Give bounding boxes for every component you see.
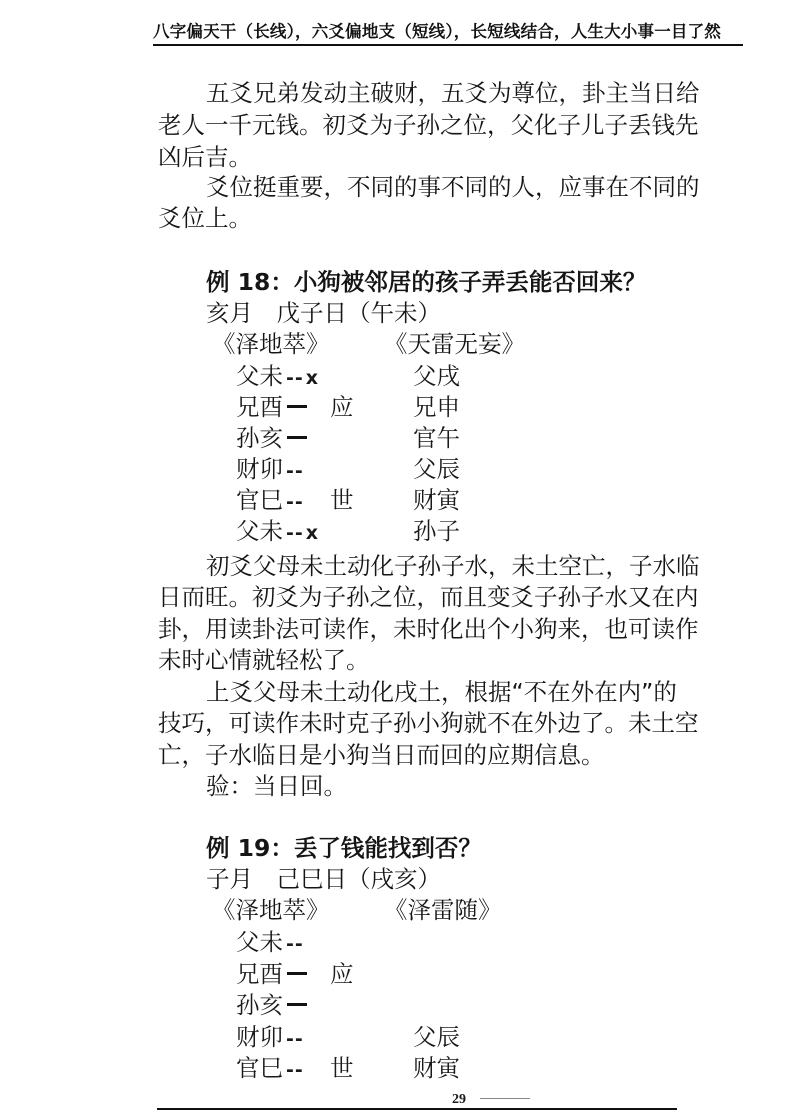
hexagram-line-row: 孙亥	[236, 423, 307, 453]
shi-ying-marker: 世	[330, 1053, 354, 1083]
yang-line-icon	[287, 436, 307, 439]
shi-ying-marker: 应	[330, 392, 354, 422]
changed-line: 财寅	[413, 1053, 460, 1083]
analysis-line: 亡，子水临日是小狗当日而回的应期信息。	[158, 740, 605, 770]
running-header: 八字偏天干（长线），六爻偏地支（短线），长短线结合，人生大小事一目了然	[153, 18, 743, 42]
yin-line-icon: --	[286, 929, 304, 959]
liuqin-dizhi: 官巳	[236, 1054, 283, 1082]
hexagram-line-row: 父未--x	[236, 361, 318, 393]
shi-ying-marker: 应	[330, 959, 354, 989]
liuqin-dizhi: 官巳	[236, 486, 283, 514]
hexagram-line-row: 兄酉	[236, 392, 307, 422]
example-18-changed-gua: 《天雷无妄》	[384, 329, 525, 359]
analysis-line: 技巧，可读作未时克子孙小狗就不在外边了。未土空	[158, 708, 699, 738]
hexagram-line-row: 孙亥	[236, 990, 307, 1020]
yin-line-icon: --	[286, 1024, 304, 1054]
example-19-date: 子月 己巳日（戌亥）	[206, 864, 441, 894]
paragraph-line: 爻位上。	[158, 203, 252, 233]
yang-line-icon	[287, 405, 307, 408]
example-18-date: 亥月 戊子日（午未）	[206, 298, 441, 328]
liuqin-dizhi: 孙亥	[236, 991, 283, 1019]
example-18-main-gua: 《泽地萃》	[212, 329, 330, 359]
yin-line-icon: --	[286, 456, 304, 486]
example-18-heading: 例 18：小狗被邻居的孩子弄丢能否回来？	[206, 267, 646, 297]
hexagram-line-row: 父未--	[236, 927, 304, 959]
changed-line: 兄申	[413, 392, 460, 422]
yin-line-icon: --	[286, 363, 304, 393]
liuqin-dizhi: 财卯	[236, 455, 283, 483]
changed-line: 父戌	[413, 361, 460, 391]
hexagram-line-row: 父未--x	[236, 516, 318, 548]
analysis-line: 初爻父母未土动化子孙子水，未土空亡，子水临	[206, 551, 700, 581]
yin-line-icon: --	[286, 1055, 304, 1085]
liuqin-dizhi: 父未	[236, 362, 283, 390]
example-19-main-gua: 《泽地萃》	[212, 895, 330, 925]
liuqin-dizhi: 孙亥	[236, 424, 283, 452]
footer-mark	[480, 1098, 530, 1099]
moving-line-mark: x	[306, 367, 318, 389]
liuqin-dizhi: 兄酉	[236, 960, 283, 988]
changed-line: 父辰	[413, 1022, 460, 1052]
liuqin-dizhi: 父未	[236, 517, 283, 545]
yin-line-icon: --	[286, 518, 304, 548]
analysis-line: 卦，用读卦法可读作，未时化出个小狗来，也可读作	[158, 614, 699, 644]
paragraph-line: 老人一千元钱。初爻为子孙之位，父化子儿子丢钱先	[158, 110, 699, 140]
yin-line-icon: --	[286, 487, 304, 517]
example-19-heading: 例 19：丢了钱能找到否？	[206, 833, 482, 863]
hexagram-line-row: 兄酉	[236, 959, 307, 989]
paragraph-line: 爻位挺重要，不同的事不同的人，应事在不同的	[206, 172, 700, 202]
yang-line-icon	[287, 972, 307, 975]
example-19-changed-gua: 《泽雷随》	[384, 895, 502, 925]
paragraph-line: 五爻兄弟发动主破财，五爻为尊位，卦主当日给	[206, 78, 700, 108]
hexagram-line-row: 官巳--	[236, 485, 304, 517]
changed-line: 官午	[413, 423, 460, 453]
footer-rule	[157, 1108, 677, 1110]
liuqin-dizhi: 财卯	[236, 1023, 283, 1051]
paragraph-line: 凶后吉。	[158, 142, 252, 172]
hexagram-line-row: 官巳--	[236, 1053, 304, 1085]
hexagram-line-row: 财卯--	[236, 454, 304, 486]
changed-line: 孙子	[413, 516, 460, 546]
liuqin-dizhi: 父未	[236, 928, 283, 956]
header-rule	[153, 44, 743, 46]
page-number: 29	[452, 1092, 466, 1108]
hexagram-line-row: 财卯--	[236, 1022, 304, 1054]
analysis-line: 上爻父母未土动化戌土，根据“不在外在内”的	[206, 677, 677, 707]
moving-line-mark: x	[306, 522, 318, 544]
changed-line: 财寅	[413, 485, 460, 515]
analysis-line: 未时心情就轻松了。	[158, 645, 370, 675]
changed-line: 父辰	[413, 454, 460, 484]
analysis-line: 日而旺。初爻为子孙之位，而且变爻子孙子水又在内	[158, 582, 699, 612]
liuqin-dizhi: 兄酉	[236, 393, 283, 421]
verification-line: 验：当日回。	[206, 771, 347, 801]
shi-ying-marker: 世	[330, 485, 354, 515]
yang-line-icon	[287, 1003, 307, 1006]
